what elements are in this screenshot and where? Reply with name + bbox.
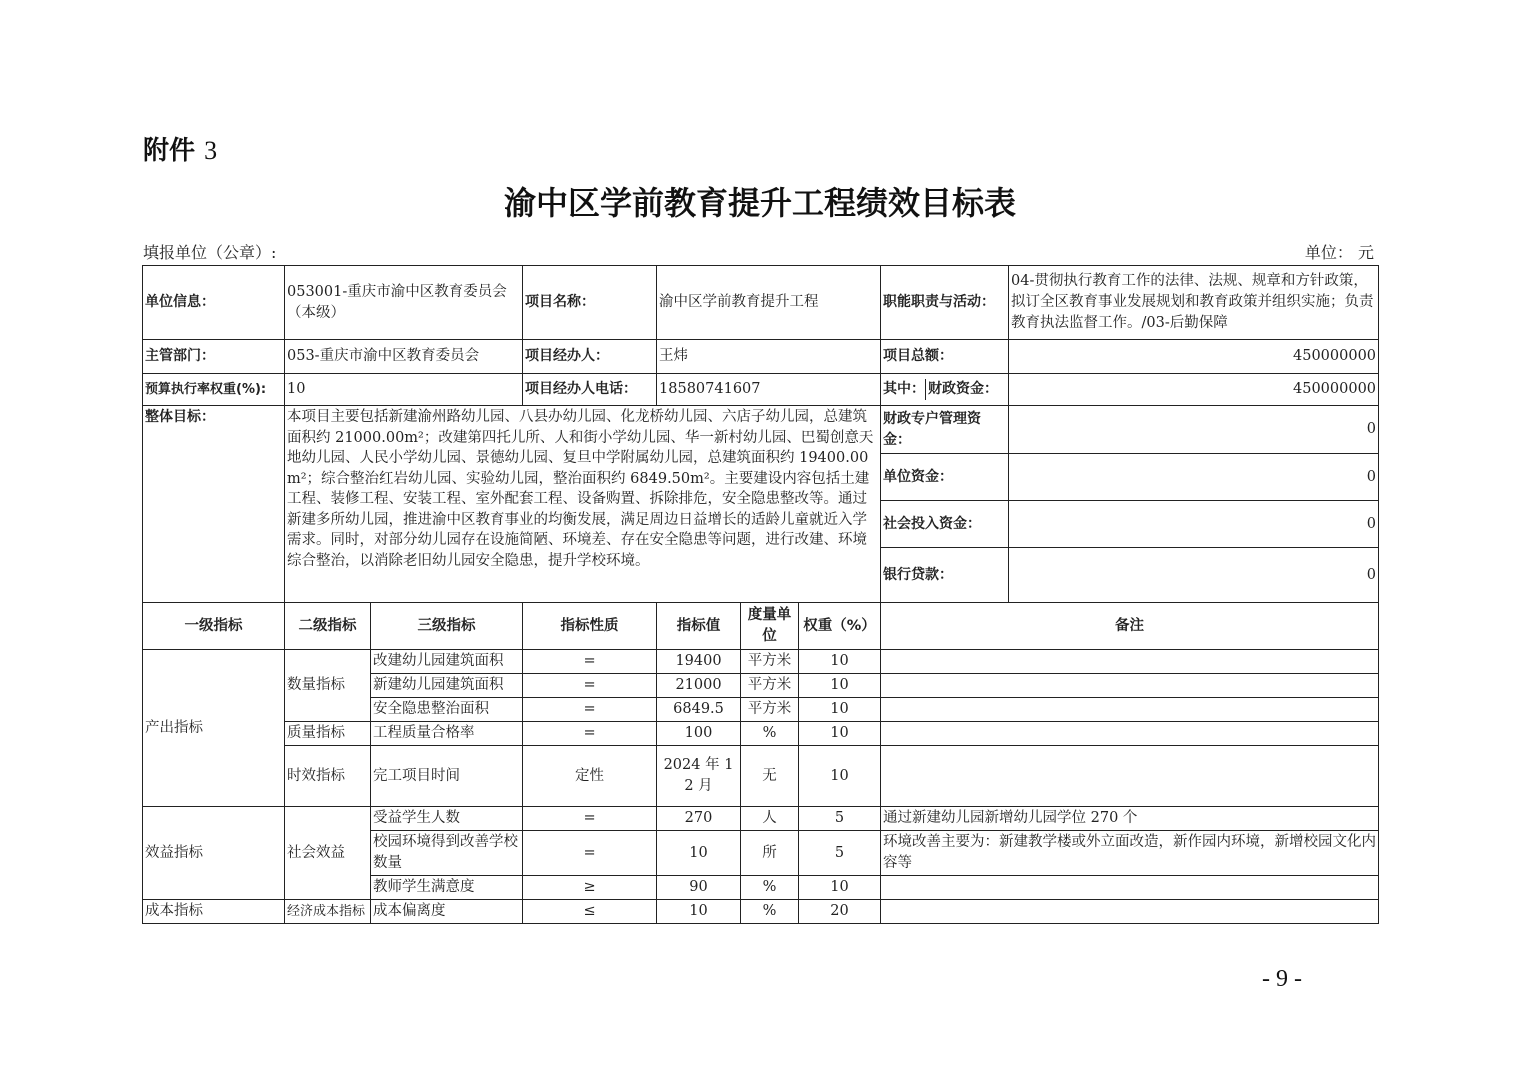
indicator-value: 270 <box>657 807 741 831</box>
indicator-name: 改建幼儿园建筑面积 <box>371 650 523 674</box>
social-fund-label: 社会投入资金： <box>881 501 1009 548</box>
indicator-nature: = <box>523 831 657 876</box>
duty-label: 职能职责与活动： <box>881 266 1009 340</box>
indicator-name: 工程质量合格率 <box>371 722 523 746</box>
indicator-weight: 10 <box>799 876 881 900</box>
indicator-nature: ≥ <box>523 876 657 900</box>
dept-value: 053-重庆市渝中区教育委员会 <box>285 340 523 374</box>
filler-unit-label: 填报单位（公章）: <box>143 240 276 263</box>
indicator-value: 10 <box>657 831 741 876</box>
indicator-unit: % <box>741 900 799 924</box>
indicator-name: 受益学生人数 <box>371 807 523 831</box>
indicator-name: 校园环境得到改善学校数量 <box>371 831 523 876</box>
indicator-header-row: 一级指标 二级指标 三级指标 指标性质 指标值 度量单位 权重（%） 备注 <box>143 603 1379 650</box>
unit-info-row: 单位信息： 053001-重庆市渝中区教育委员会（本级） 项目名称： 渝中区学前… <box>143 266 1379 340</box>
table-row: 效益指标 社会效益 受益学生人数 = 270 人 5 通过新建幼儿园新增幼儿园学… <box>143 807 1379 831</box>
handler-label: 项目经办人： <box>523 340 657 374</box>
indicator-weight: 10 <box>799 650 881 674</box>
indicator-unit: 人 <box>741 807 799 831</box>
indicator-note <box>881 722 1379 746</box>
indicator-weight: 10 <box>799 746 881 807</box>
indicator-value: 6849.5 <box>657 698 741 722</box>
page-number: - 9 - <box>1262 966 1302 993</box>
table-row: 时效指标 完工项目时间 定性 2024 年 12 月 无 10 <box>143 746 1379 807</box>
indicator-nature: 定性 <box>523 746 657 807</box>
total-value: 450000000 <box>1009 340 1379 374</box>
indicator-unit: 平方米 <box>741 698 799 722</box>
indicator-note: 通过新建幼儿园新增幼儿园学位 270 个 <box>881 807 1379 831</box>
level2-social: 社会效益 <box>285 807 371 900</box>
level1-output: 产出指标 <box>143 650 285 807</box>
indicator-weight: 10 <box>799 674 881 698</box>
page-title: 渝中区学前教育提升工程绩效目标表 <box>0 178 1520 224</box>
overall-goal-value: 本项目主要包括新建渝州路幼儿园、八县办幼儿园、化龙桥幼儿园、六店子幼儿园，总建筑… <box>285 406 881 603</box>
table-row: 质量指标 工程质量合格率 = 100 % 10 <box>143 722 1379 746</box>
goal-row-1: 整体目标： 本项目主要包括新建渝州路幼儿园、八县办幼儿园、化龙桥幼儿园、六店子幼… <box>143 406 1379 454</box>
attachment-text: 附件 <box>143 136 195 166</box>
indicator-note <box>881 698 1379 722</box>
indicator-note: 环境改善主要为：新建教学楼或外立面改造，新作园内环境，新增校园文化内容等 <box>881 831 1379 876</box>
header-level2: 二级指标 <box>285 603 371 650</box>
phone-label: 项目经办人电话： <box>523 374 657 406</box>
special-fund-label: 财政专户管理资金： <box>881 406 1009 454</box>
indicator-value: 90 <box>657 876 741 900</box>
level1-benefit: 效益指标 <box>143 807 285 900</box>
total-label: 项目总额： <box>881 340 1009 374</box>
indicator-weight: 5 <box>799 831 881 876</box>
indicator-name: 教师学生满意度 <box>371 876 523 900</box>
indicator-weight: 20 <box>799 900 881 924</box>
header-level1: 一级指标 <box>143 603 285 650</box>
performance-target-table: 单位信息： 053001-重庆市渝中区教育委员会（本级） 项目名称： 渝中区学前… <box>142 265 1379 924</box>
header-unit: 度量单位 <box>741 603 799 650</box>
indicator-name: 新建幼儿园建筑面积 <box>371 674 523 698</box>
fiscal-label: 财政资金： <box>926 381 998 397</box>
indicator-name: 完工项目时间 <box>371 746 523 807</box>
level1-cost: 成本指标 <box>143 900 285 924</box>
indicator-unit: % <box>741 722 799 746</box>
header-weight: 权重（%） <box>799 603 881 650</box>
level2-quantity: 数量指标 <box>285 650 371 722</box>
header-level3: 三级指标 <box>371 603 523 650</box>
indicator-note <box>881 650 1379 674</box>
attachment-number: 3 <box>204 136 217 165</box>
attachment-label: 附件 3 <box>143 130 217 167</box>
level2-timeliness: 时效指标 <box>285 746 371 807</box>
table-row: 产出指标 数量指标 改建幼儿园建筑面积 = 19400 平方米 10 <box>143 650 1379 674</box>
header-nature: 指标性质 <box>523 603 657 650</box>
indicator-unit: 平方米 <box>741 650 799 674</box>
indicator-name: 安全隐患整治面积 <box>371 698 523 722</box>
currency-unit-label: 单位： 元 <box>1305 240 1374 263</box>
indicator-value: 19400 <box>657 650 741 674</box>
bank-loan-label: 银行贷款： <box>881 548 1009 603</box>
duty-value: 04-贯彻执行教育工作的法律、法规、规章和方针政策，拟订全区教育事业发展规划和教… <box>1009 266 1379 340</box>
special-fund-value: 0 <box>1009 406 1379 454</box>
level2-economic-cost: 经济成本指标 <box>285 900 371 924</box>
level2-quality: 质量指标 <box>285 722 371 746</box>
bank-loan-value: 0 <box>1009 548 1379 603</box>
indicator-nature: ≤ <box>523 900 657 924</box>
unit-fund-label: 单位资金： <box>881 454 1009 501</box>
unit-fund-value: 0 <box>1009 454 1379 501</box>
indicator-note <box>881 900 1379 924</box>
table-row: 成本指标 经济成本指标 成本偏离度 ≤ 10 % 20 <box>143 900 1379 924</box>
title-text: 渝中区学前教育提升工程绩效目标表 <box>504 178 1016 224</box>
indicator-nature: = <box>523 698 657 722</box>
indicator-unit: % <box>741 876 799 900</box>
indicator-nature: = <box>523 807 657 831</box>
handler-value: 王炜 <box>657 340 881 374</box>
indicator-unit: 无 <box>741 746 799 807</box>
dept-row: 主管部门： 053-重庆市渝中区教育委员会 项目经办人： 王炜 项目总额： 45… <box>143 340 1379 374</box>
indicator-note <box>881 746 1379 807</box>
fiscal-label-cell: 其中：财政资金： <box>881 374 1009 406</box>
overall-goal-label: 整体目标： <box>143 406 285 603</box>
header-note: 备注 <box>881 603 1379 650</box>
of-which-label: 其中： <box>881 379 926 400</box>
social-fund-value: 0 <box>1009 501 1379 548</box>
unit-info-value: 053001-重庆市渝中区教育委员会（本级） <box>285 266 523 340</box>
phone-value: 18580741607 <box>657 374 881 406</box>
indicator-weight: 10 <box>799 698 881 722</box>
indicator-unit: 平方米 <box>741 674 799 698</box>
indicator-unit: 所 <box>741 831 799 876</box>
project-name-label: 项目名称： <box>523 266 657 340</box>
indicator-weight: 10 <box>799 722 881 746</box>
indicator-note <box>881 876 1379 900</box>
indicator-name: 成本偏离度 <box>371 900 523 924</box>
project-name-value: 渝中区学前教育提升工程 <box>657 266 881 340</box>
budget-weight-label: 预算执行率权重(%): <box>143 374 285 406</box>
indicator-note <box>881 674 1379 698</box>
fiscal-value: 450000000 <box>1009 374 1379 406</box>
header-value: 指标值 <box>657 603 741 650</box>
indicator-nature: = <box>523 650 657 674</box>
indicator-weight: 5 <box>799 807 881 831</box>
indicator-value: 100 <box>657 722 741 746</box>
indicator-nature: = <box>523 722 657 746</box>
unit-info-label: 单位信息： <box>143 266 285 340</box>
budget-weight-value: 10 <box>285 374 523 406</box>
budget-row: 预算执行率权重(%): 10 项目经办人电话： 18580741607 其中：财… <box>143 374 1379 406</box>
indicator-value: 21000 <box>657 674 741 698</box>
indicator-value: 10 <box>657 900 741 924</box>
indicator-value: 2024 年 12 月 <box>657 746 741 807</box>
indicator-nature: = <box>523 674 657 698</box>
dept-label: 主管部门： <box>143 340 285 374</box>
